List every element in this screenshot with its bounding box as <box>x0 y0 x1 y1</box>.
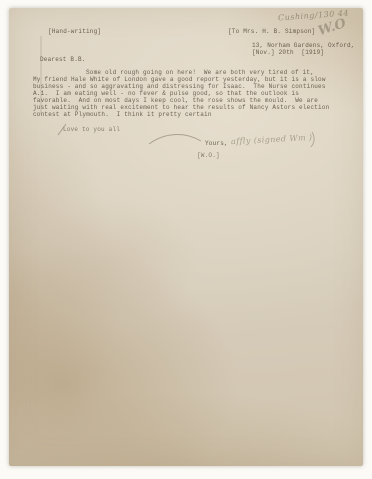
body-line: contest at Plymouth. I think it pretty c… <box>33 111 355 118</box>
body-line: A.1. I am eating well - no fever & pulse… <box>33 90 355 97</box>
salutation: Dearest B.B. <box>40 56 86 63</box>
label-handwriting-note: [Hand-writing] <box>48 28 101 35</box>
address-line: 13, Norham Gardens, Oxford, <box>252 42 355 49</box>
closing-yours: Yours, <box>205 140 228 147</box>
typed-initials: [W.O.] <box>197 152 220 159</box>
closing-love: Love to you all <box>63 126 120 133</box>
body-line: just waiting with real excitement to hea… <box>33 104 355 111</box>
body-line: business - and so aggravating and distre… <box>33 83 355 90</box>
paper: Cushing/130 44 W.O [Hand-writing] [To Mr… <box>9 8 363 466</box>
letter-body: Some old rough going on here! We are bot… <box>33 69 355 118</box>
pencil-flourish <box>149 135 201 144</box>
body-line: favorable. And on most days I keep cool,… <box>33 97 355 104</box>
body-line: My friend Hale White of London gave a go… <box>33 76 355 83</box>
closing-pencil-annotation: affly (signed Wm ) <box>231 133 313 146</box>
scan-background: Cushing/130 44 W.O [Hand-writing] [To Mr… <box>0 0 372 479</box>
label-recipient-note: [To Mrs. H. B. Simpson] <box>228 28 315 35</box>
body-line: Some old rough going on here! We are bot… <box>33 69 355 76</box>
date-line: [Nov.] 20th [1919] <box>252 49 324 56</box>
